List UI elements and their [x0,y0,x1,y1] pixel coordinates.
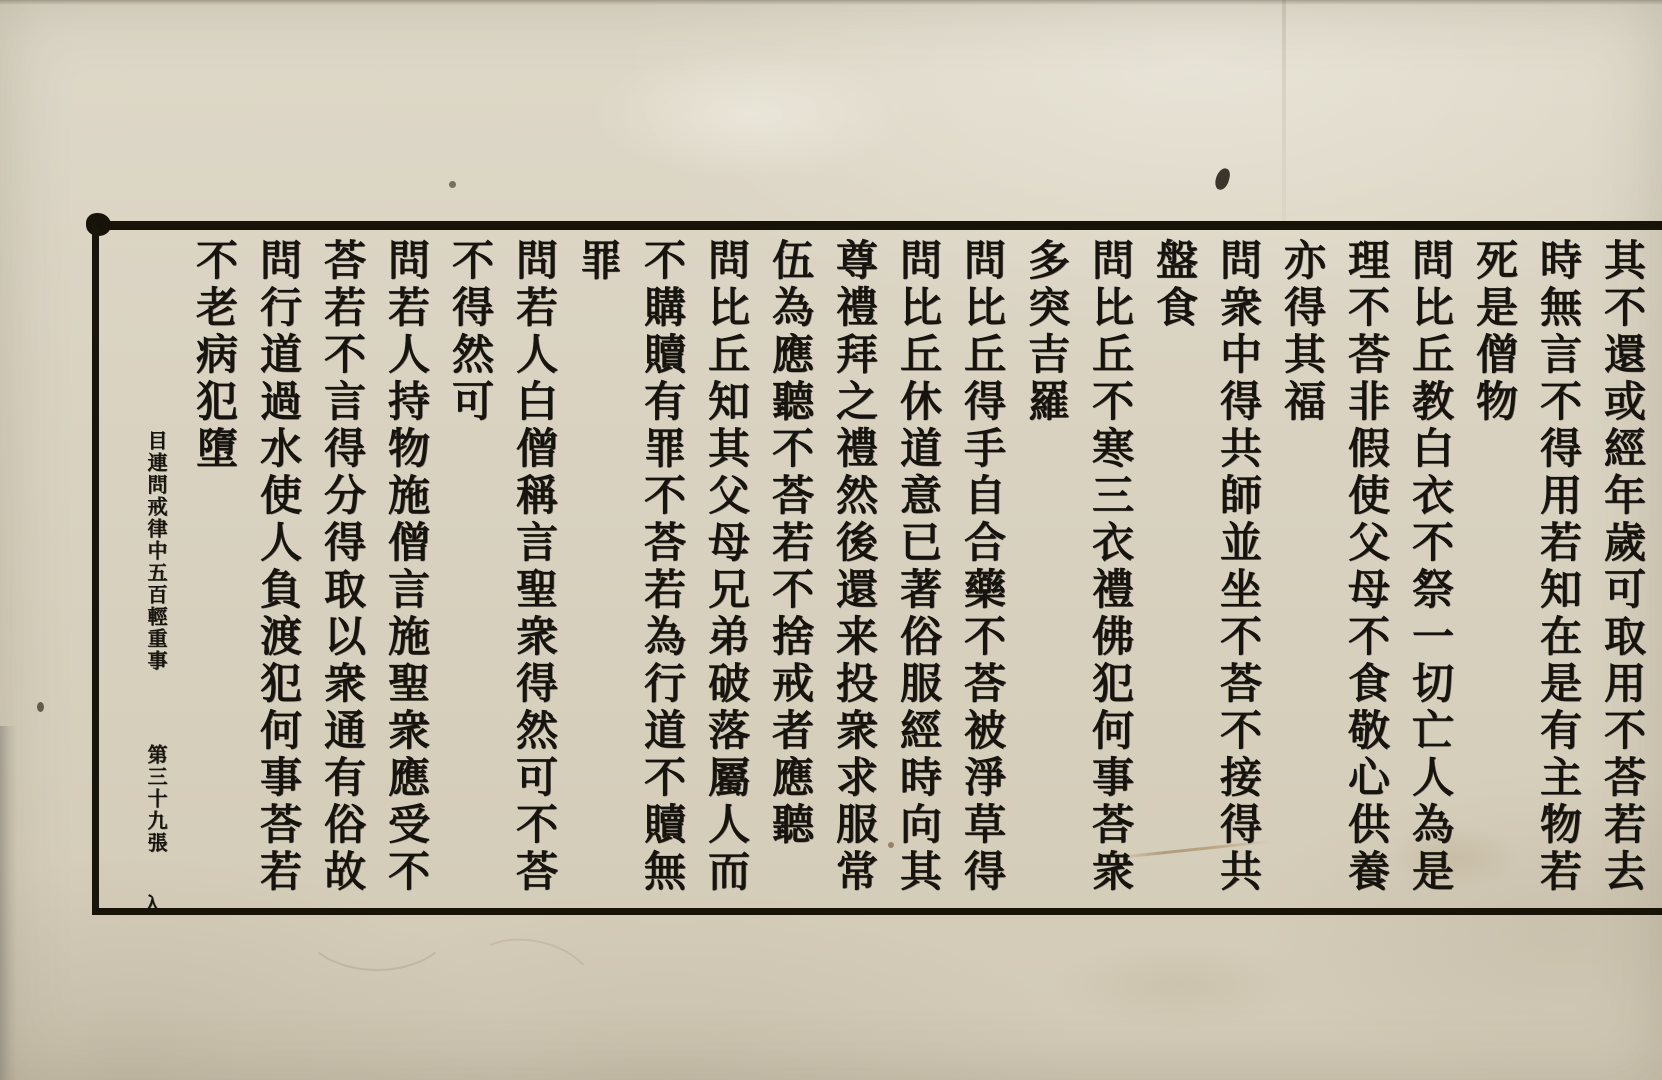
text-column-17: 罪 [566,238,630,908]
text-column-16: 不購贖有罪不荅若為行道不贖無 [630,238,694,908]
paper-fiber [464,928,601,1026]
sheet-number: 第三十九張 [130,744,182,854]
paper-crease [1282,0,1286,221]
text-column-7: 問衆中得共師並坐不荅不接得共 [1206,238,1270,908]
text-column-3: 死是僧物 [1462,238,1526,908]
text-column-20: 問若人持物施僧言施聖衆應受不 [374,238,438,908]
text-column-4: 問比丘教白衣不祭一切亡人為是 [1398,238,1462,908]
ink-speck [1214,167,1232,191]
text-column-11: 問比丘得手自合藥不荅被淨草得 [950,238,1014,908]
ink-speck [449,181,456,188]
text-column-21: 荅若不言得分得取以衆通有俗故 [310,238,374,908]
paper-stain [590,50,910,180]
paper-top-edge [0,0,1662,5]
text-column-8: 盤食 [1142,238,1206,908]
text-frame-border: 其不還或經年歲可取用不荅若去 時無言不得用若知在是有主物若 死是僧物 問比丘教白… [92,221,1662,915]
paper-left-edge [0,726,17,1080]
text-area: 其不還或經年歲可取用不荅若去 時無言不得用若知在是有主物若 死是僧物 問比丘教白… [99,230,1662,908]
text-column-22: 問行道過水使人負渡犯何事荅若 [246,238,310,908]
text-column-12: 問比丘休道意已著俗服經時向其 [886,238,950,908]
text-column-10: 多突吉羅 [1014,238,1078,908]
colophon-column: 目連問戒律中五百輕重事 第三十九張 入 [130,238,182,908]
text-column-19: 不得然可 [438,238,502,908]
ink-speck [37,702,44,712]
text-column-1: 其不還或經年歲可取用不荅若去 [1590,238,1654,908]
text-column-13: 尊禮拜之禮然後還来投衆求服常 [822,238,886,908]
paper-page: 其不還或經年歲可取用不荅若去 時無言不得用若知在是有主物若 死是僧物 問比丘教白… [0,0,1662,1080]
text-column-23: 不老病犯墮 [182,238,246,908]
text-column-15: 問比丘知其父母兄弟破落屬人而 [694,238,758,908]
text-column-5: 理不荅非假使父母不食敬心供養 [1334,238,1398,908]
text-column-18: 問若人白僧稱言聖衆得然可不荅 [502,238,566,908]
scripture-title: 目連問戒律中五百輕重事 [130,430,182,672]
text-column-9: 問比丘不寒三衣禮佛犯何事荅衆 [1078,238,1142,908]
text-column-6: 亦得其福 [1270,238,1334,908]
paper-stain [1050,940,1310,1030]
text-column-2: 時無言不得用若知在是有主物若 [1526,238,1590,908]
leaf-mark: 入 [125,894,177,916]
text-column-14: 伍為應聽不荅若不捨戒者應聽 [758,238,822,908]
